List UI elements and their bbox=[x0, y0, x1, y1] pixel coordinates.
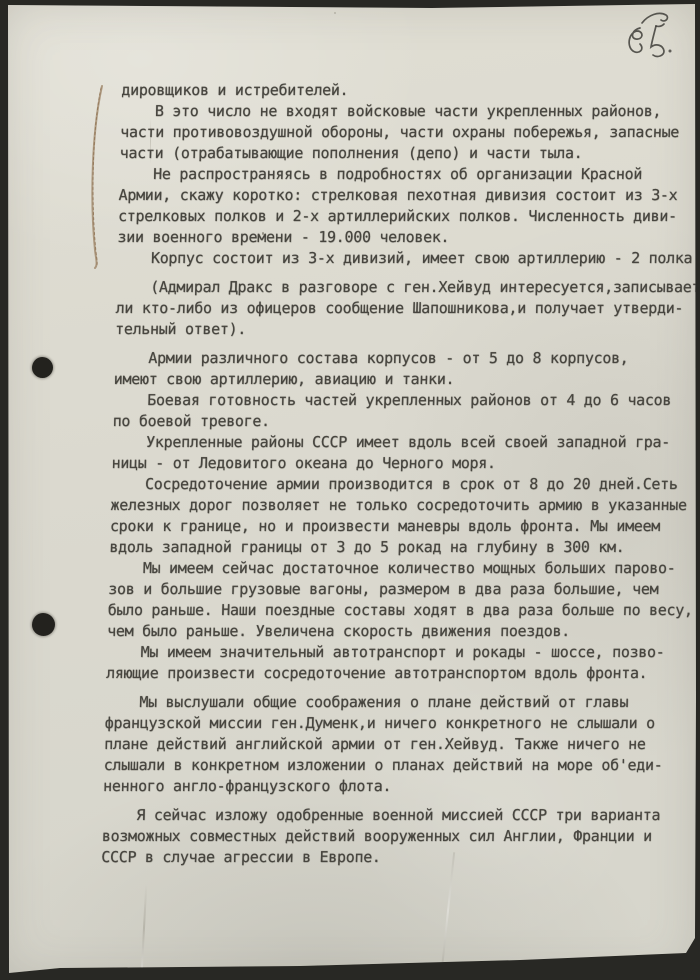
text-line: ненного англо-французского флота. bbox=[103, 776, 700, 797]
paragraph: В это число не входят войсковые части ук… bbox=[119, 101, 700, 164]
text-line: Мы имеем значительный автотранспорт и ро… bbox=[106, 642, 700, 663]
pagenum-digit-5 bbox=[651, 26, 664, 56]
paragraph: (Адмирал Дракс в разговоре с ген.Хейвуд … bbox=[115, 277, 700, 340]
paragraph: Корпус состоит из 3-х дивизий, имеет сво… bbox=[117, 248, 700, 269]
text-line: Сосредоточение армии производится в срок… bbox=[111, 474, 700, 495]
text-line: зии военного времени - 19.000 человек. bbox=[117, 227, 700, 248]
document-page: дировщиков и истребителей.В это число не… bbox=[0, 0, 700, 980]
text-line: В это число не входят войсковые части ук… bbox=[121, 101, 700, 122]
text-line: сроки к границе, но и произвести маневры… bbox=[110, 516, 700, 537]
text-line: плане действий английской армии от ген.Х… bbox=[104, 734, 700, 755]
paragraph: Я сейчас изложу одобренные военной мисси… bbox=[101, 805, 700, 868]
text-line: железных дорог позволяет не только сосре… bbox=[110, 495, 700, 516]
paragraph: Мы имеем значительный автотранспорт и ро… bbox=[106, 642, 700, 684]
paper-crease bbox=[141, 884, 148, 972]
pagenum-digit-5-bar bbox=[656, 24, 664, 26]
paragraph: Сосредоточение армии производится в срок… bbox=[109, 474, 700, 558]
text-line: Мы выслушали общие соображения о плане д… bbox=[105, 692, 700, 713]
paragraph: дировщиков и истребителей. bbox=[121, 80, 700, 101]
punch-hole-bottom bbox=[32, 613, 55, 636]
paragraph: Мы имеем сейчас достаточное количество м… bbox=[107, 558, 700, 642]
text-line: (Адмирал Дракс в разговоре с ген.Хейвуд … bbox=[116, 277, 700, 298]
paper-speck bbox=[334, 12, 336, 14]
text-line: Мы имеем сейчас достаточное количество м… bbox=[109, 558, 700, 579]
text-line: СССР в случае агрессии в Европе. bbox=[101, 847, 700, 868]
text-line: слышали в конкретном изложении о планах … bbox=[103, 755, 700, 776]
text-line: Корпус состоит из 3-х дивизий, имеет сво… bbox=[117, 248, 700, 269]
text-line: зов и большие грузовые вагоны, размером … bbox=[108, 579, 700, 600]
scan-background: дировщиков и истребителей.В это число не… bbox=[0, 0, 700, 980]
pagenum-dot bbox=[669, 50, 672, 53]
paragraph: Не распространяясь в подробностях об орг… bbox=[117, 164, 700, 248]
paragraph: Армии различного состава корпусов - от 5… bbox=[114, 348, 700, 390]
text-line: ляющие произвести сосредоточение автотра… bbox=[106, 663, 700, 684]
text-line: вдоль западной границы от 3 до 5 рокад н… bbox=[109, 537, 700, 558]
paragraph: Мы выслушали общие соображения о плане д… bbox=[103, 692, 700, 797]
text-line: Армии различного состава корпусов - от 5… bbox=[114, 348, 700, 369]
text-line: стрелковых полков и 2-х артиллерийских п… bbox=[118, 206, 700, 227]
text-line: по боевой тревоге. bbox=[112, 411, 700, 432]
text-line: Боевая готовность частей укрепленных рай… bbox=[113, 390, 700, 411]
text-line: ницы - от Ледовитого океана до Черного м… bbox=[111, 453, 700, 474]
text-line: Я сейчас изложу одобренные военной мисси… bbox=[102, 805, 700, 826]
text-line: дировщиков и истребителей. bbox=[121, 80, 700, 101]
handwritten-page-number bbox=[626, 10, 678, 60]
text-line: чем было раньше. Увеличена скорость движ… bbox=[107, 621, 700, 642]
margin-pencil-mark bbox=[86, 82, 110, 272]
paragraph: Боевая готовность частей укрепленных рай… bbox=[112, 390, 700, 432]
punch-hole-top bbox=[32, 357, 53, 378]
text-line: было раньше. Наши поездные составы ходят… bbox=[107, 600, 700, 621]
text-line: тельный ответ). bbox=[115, 319, 700, 340]
paragraph: Укрепленные районы СССР имеет вдоль всей… bbox=[111, 432, 700, 474]
text-line: части противовоздушной обороны, части ох… bbox=[120, 122, 700, 143]
text-line: Не распространяясь в подробностях об орг… bbox=[119, 164, 700, 185]
pagenum-flourish bbox=[642, 13, 667, 23]
text-line: ли кто-либо из офицеров сообщение Шапошн… bbox=[115, 298, 700, 319]
typewritten-text: дировщиков и истребителей.В это число не… bbox=[101, 80, 700, 868]
text-line: имеют свою артиллерию, авиацию и танки. bbox=[114, 369, 700, 390]
text-line: возможных совместных действий вооруженны… bbox=[102, 826, 700, 847]
text-line: части (отрабатывающие пополнения (депо) … bbox=[119, 143, 700, 164]
text-line: Укрепленные районы СССР имеет вдоль всей… bbox=[112, 432, 700, 453]
paper-crease bbox=[441, 852, 455, 970]
text-line: французской миссии ген.Думенк,и ничего к… bbox=[105, 713, 700, 734]
text-line: Армии, скажу коротко: стрелковая пехотна… bbox=[118, 185, 700, 206]
pagenum-digit-8 bbox=[629, 28, 642, 52]
